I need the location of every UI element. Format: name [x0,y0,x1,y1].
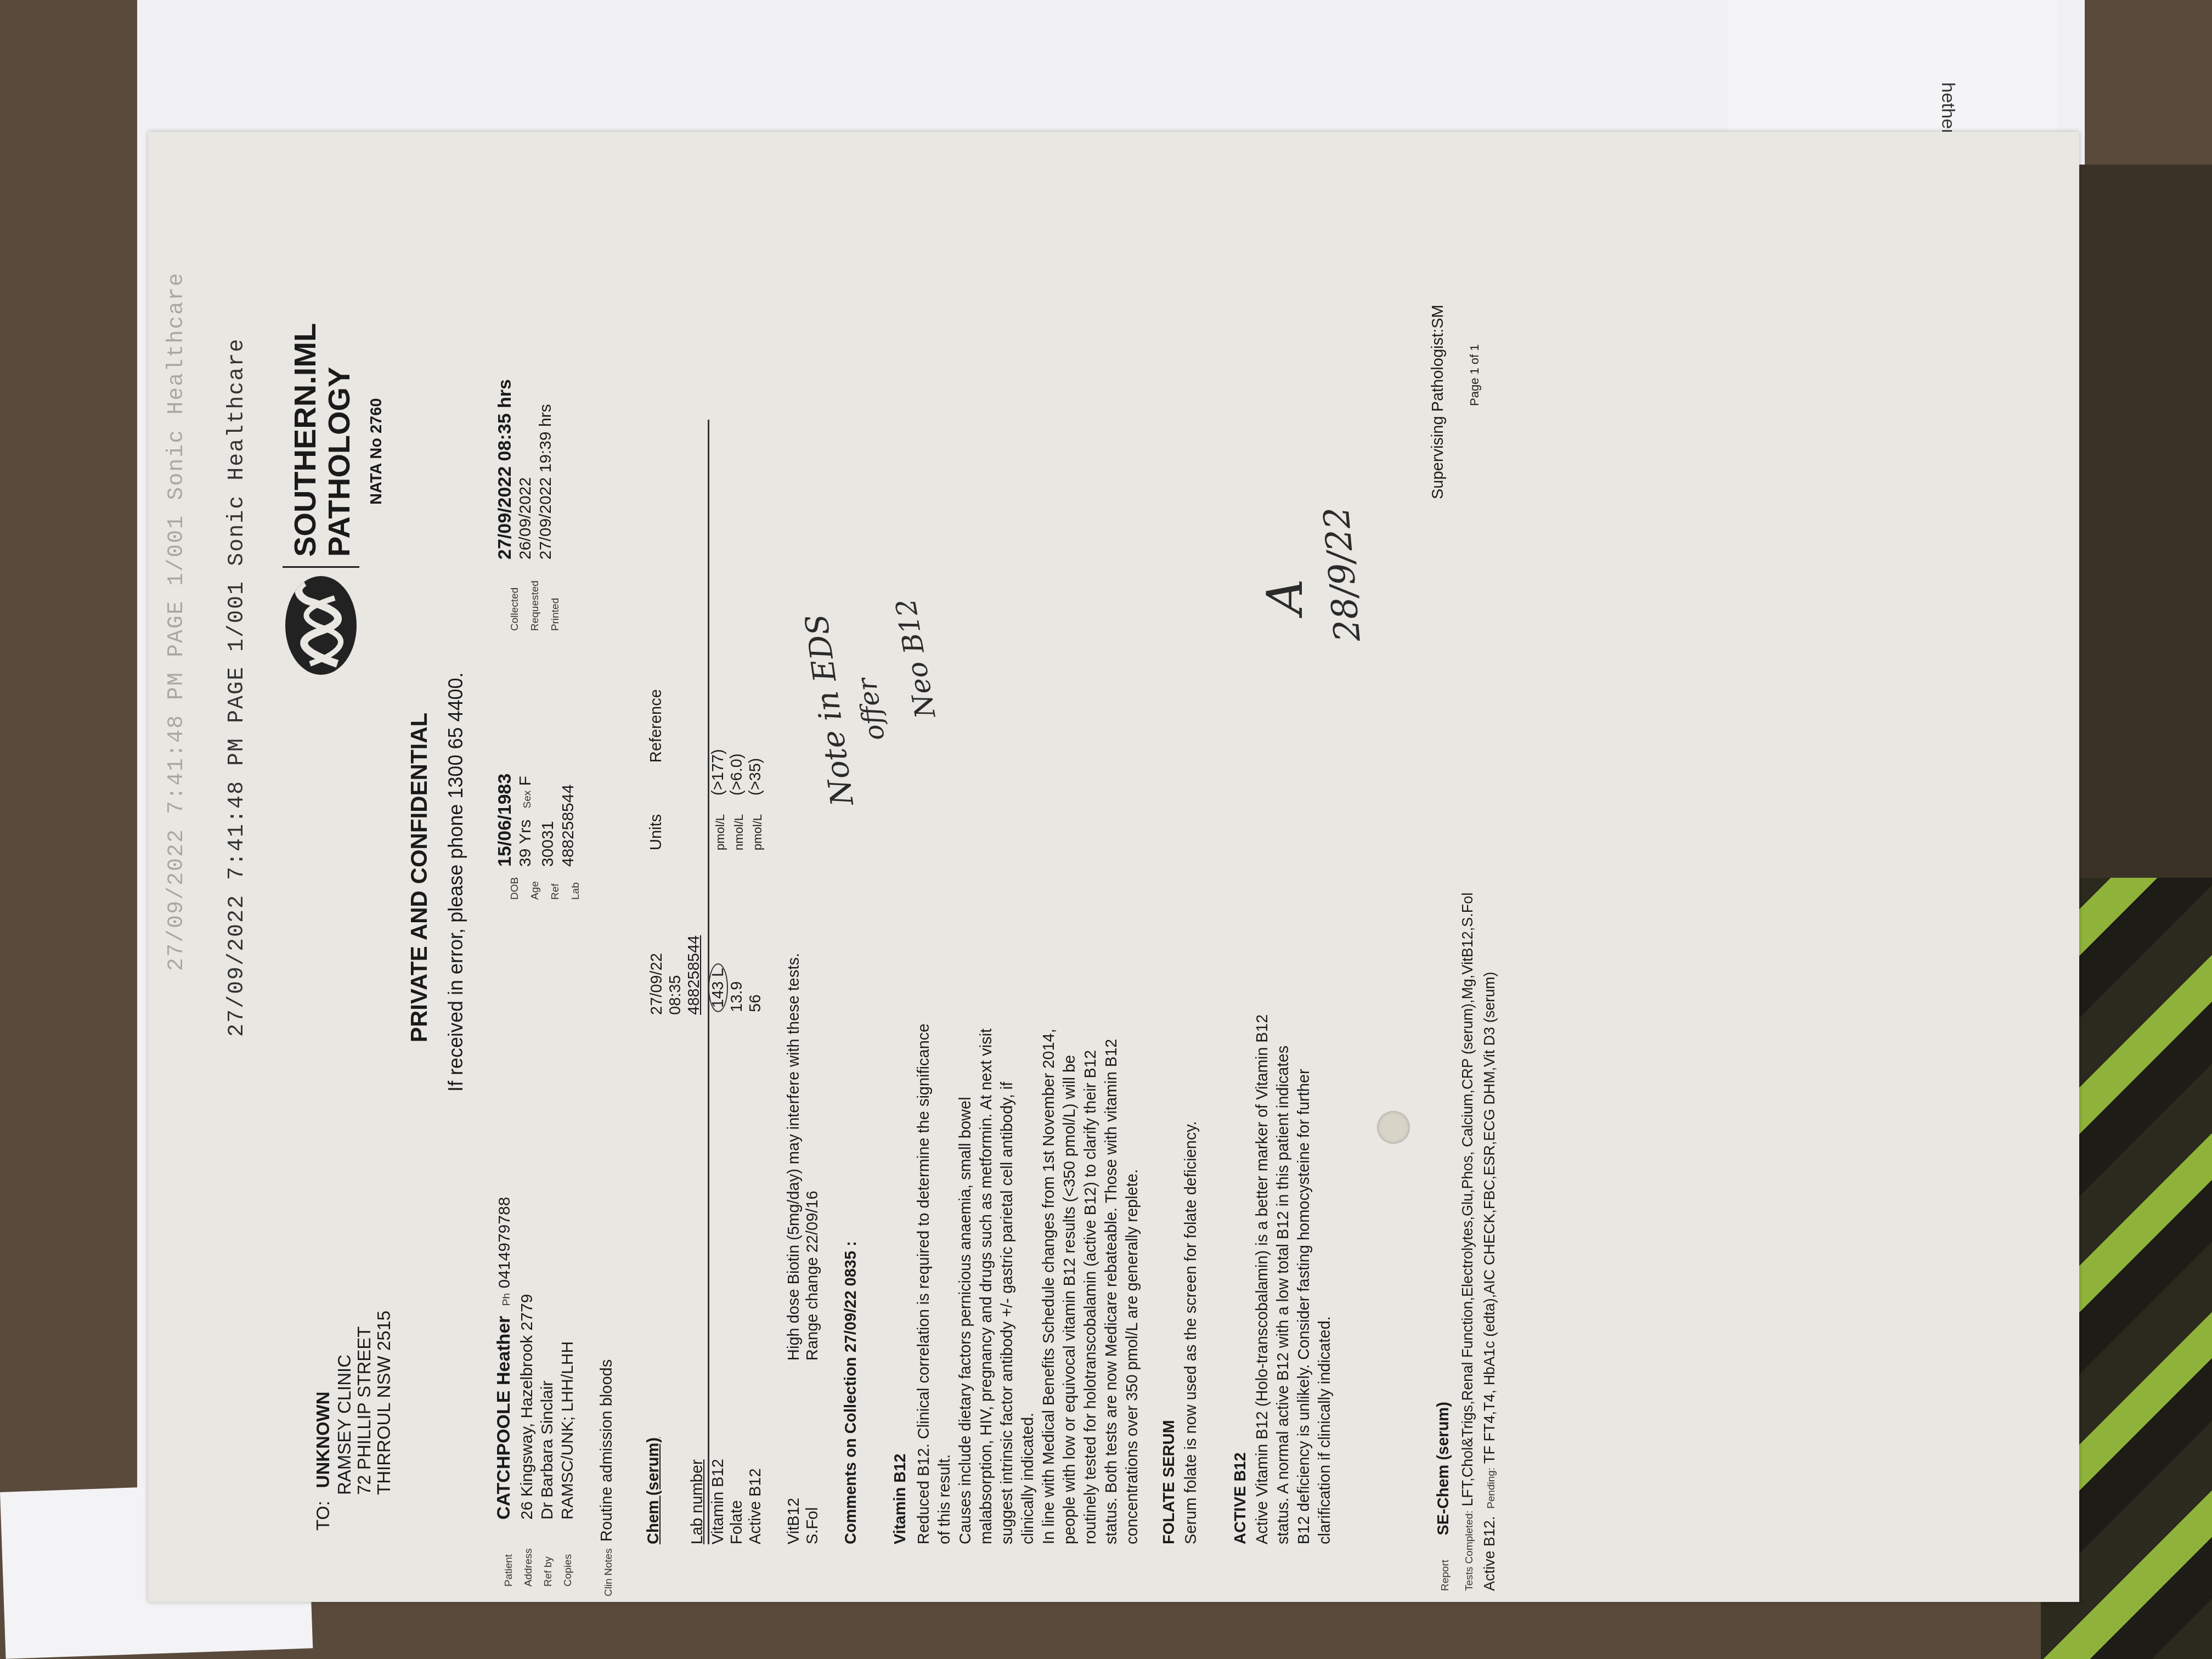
demographic-values: 15/06/1983 39 Yrs Sex F 30031 488258544 [495,774,578,867]
confidential-notice: If received in error, please phone 1300 … [444,672,467,1092]
comment-body-active-b12: Active Vitamin B12 (Holo-transcobalamin)… [1252,831,1335,1544]
comment-body-vitamin-b12: Reduced B12. Clinical correlation is req… [913,831,1143,1544]
units-header: Units [647,814,665,850]
sonic-wave-logo-icon [285,576,357,675]
printed-datetime: 27/09/2022 19:39 hrs [535,379,556,560]
collected-datetime: 27/09/2022 08:35 hrs [495,379,515,560]
results-section-title: Chem (serum) [645,1437,663,1544]
table-row-test: Active B12 [746,1459,765,1544]
addressee-block: TO: UNKNOWN [313,1391,334,1531]
clin-notes: Clin Notes Routine admission bloods [598,1359,616,1596]
logo-divider [283,566,359,568]
handwritten-note: Note in EDS [799,612,861,808]
report-footer: Report SE-Chem (serum) [1435,1402,1453,1591]
to-label: TO: [313,1501,333,1531]
fax-header-faint: 27/09/2022 7:41:48 PM PAGE 1/001 Sonic H… [165,272,189,971]
fax-header: 27/09/2022 7:41:48 PM PAGE 1/001 Sonic H… [225,338,250,1037]
reference-header: Reference [647,689,665,763]
handwritten-initials: A [1256,579,1314,614]
patient-labels: Patient Address Ref by Copies [499,1548,578,1587]
result-value: 56 [746,963,765,1012]
comments-heading: Comments on Collection 27/09/22 0835 : [842,1241,860,1544]
lab-name: SOUTHERN.IML PATHOLOGY [288,323,356,557]
patient-address: 26 Kingsway, Hazelbrook 2779 [517,1197,537,1520]
handwritten-note: Neo B12 [889,596,941,720]
comment-title-folate: FOLATE SERUM [1160,1420,1178,1544]
confidential-title: PRIVATE AND CONFIDENTIAL [406,713,432,1042]
supervising-pathologist: Supervising Pathologist:SM [1429,304,1447,499]
punch-hole [1377,1111,1410,1144]
clin-notes-text: Routine admission bloods [598,1359,616,1542]
demographic-labels: DOB Age Ref Lab [505,877,586,900]
lab-number-label: Lab number [689,1459,707,1544]
page-number: Page 1 of 1 [1468,344,1482,406]
addressee-name: UNKNOWN [313,1391,333,1488]
patient-details: CATCHPOOLE Heather Ph 0414979788 26 King… [494,1197,578,1520]
copies: RAMSC/UNK; LHH/LHH [557,1197,578,1520]
report-name: SE-Chem (serum) [1435,1402,1452,1535]
nata-number: NATA No 2760 [368,398,386,505]
handwritten-date: 28/9/22 [1316,505,1368,644]
date-labels: Collected Requested Printed [505,580,566,631]
handwritten-note: offer [851,676,890,742]
dob: 15/06/1983 [495,774,515,867]
comment-title-active-b12: ACTIVE B12 [1232,1452,1250,1544]
result-values: 143 L 13.9 56 [709,963,765,1012]
date-values: 27/09/2022 08:35 hrs 26/09/2022 27/09/20… [495,379,556,560]
table-row-test: Folate [727,1459,746,1544]
age: 39 Yrs [516,820,534,867]
comment-title-vitamin-b12: Vitamin B12 [891,1454,910,1544]
referring-doctor: Dr Barbara Sinclair [537,1197,557,1520]
result-note-codes: VitB12 S.Fol [785,1498,822,1544]
lab-id: 488258544 [558,774,578,867]
patient-phone: 0414979788 [495,1197,513,1289]
result-value-low: 143 L [708,963,728,1012]
comment-body-folate: Serum folate is now used as the screen f… [1181,831,1201,1544]
sex: F [516,776,534,786]
tests-pending: Active B12. Pending: TF FT4,T4, HbA1c (e… [1481,972,1498,1591]
patient-name: CATCHPOOLE Heather [493,1316,514,1520]
report-page: 27/09/2022 7:41:48 PM PAGE 1/001 Sonic H… [148,132,2079,1602]
result-value: 13.9 [727,963,746,1012]
result-references: (>177) (>6.0) (>35) [709,749,765,795]
result-units: pmol/L nmol/L pmol/L [711,814,767,850]
table-row-test: Vitamin B12 [709,1459,727,1544]
results-column-header: 27/09/22 08:35 488258544 [647,935,703,1015]
result-test-names: Vitamin B12 Folate Active B12 [709,1459,765,1544]
ref-number: 30031 [538,774,558,867]
result-note-texts: High dose Biotin (5mg/day) may interfere… [785,953,822,1361]
pathology-report-sheet: 27/09/2022 7:41:48 PM PAGE 1/001 Sonic H… [148,132,2079,1602]
tests-completed: Tests Completed: LFT,Chol&Trigs,Renal Fu… [1459,893,1476,1591]
addressee-address: RAMSEY CLINIC 72 PHILLIP STREET THIRROUL… [335,1311,394,1495]
requested-date: 26/09/2022 [515,379,535,560]
